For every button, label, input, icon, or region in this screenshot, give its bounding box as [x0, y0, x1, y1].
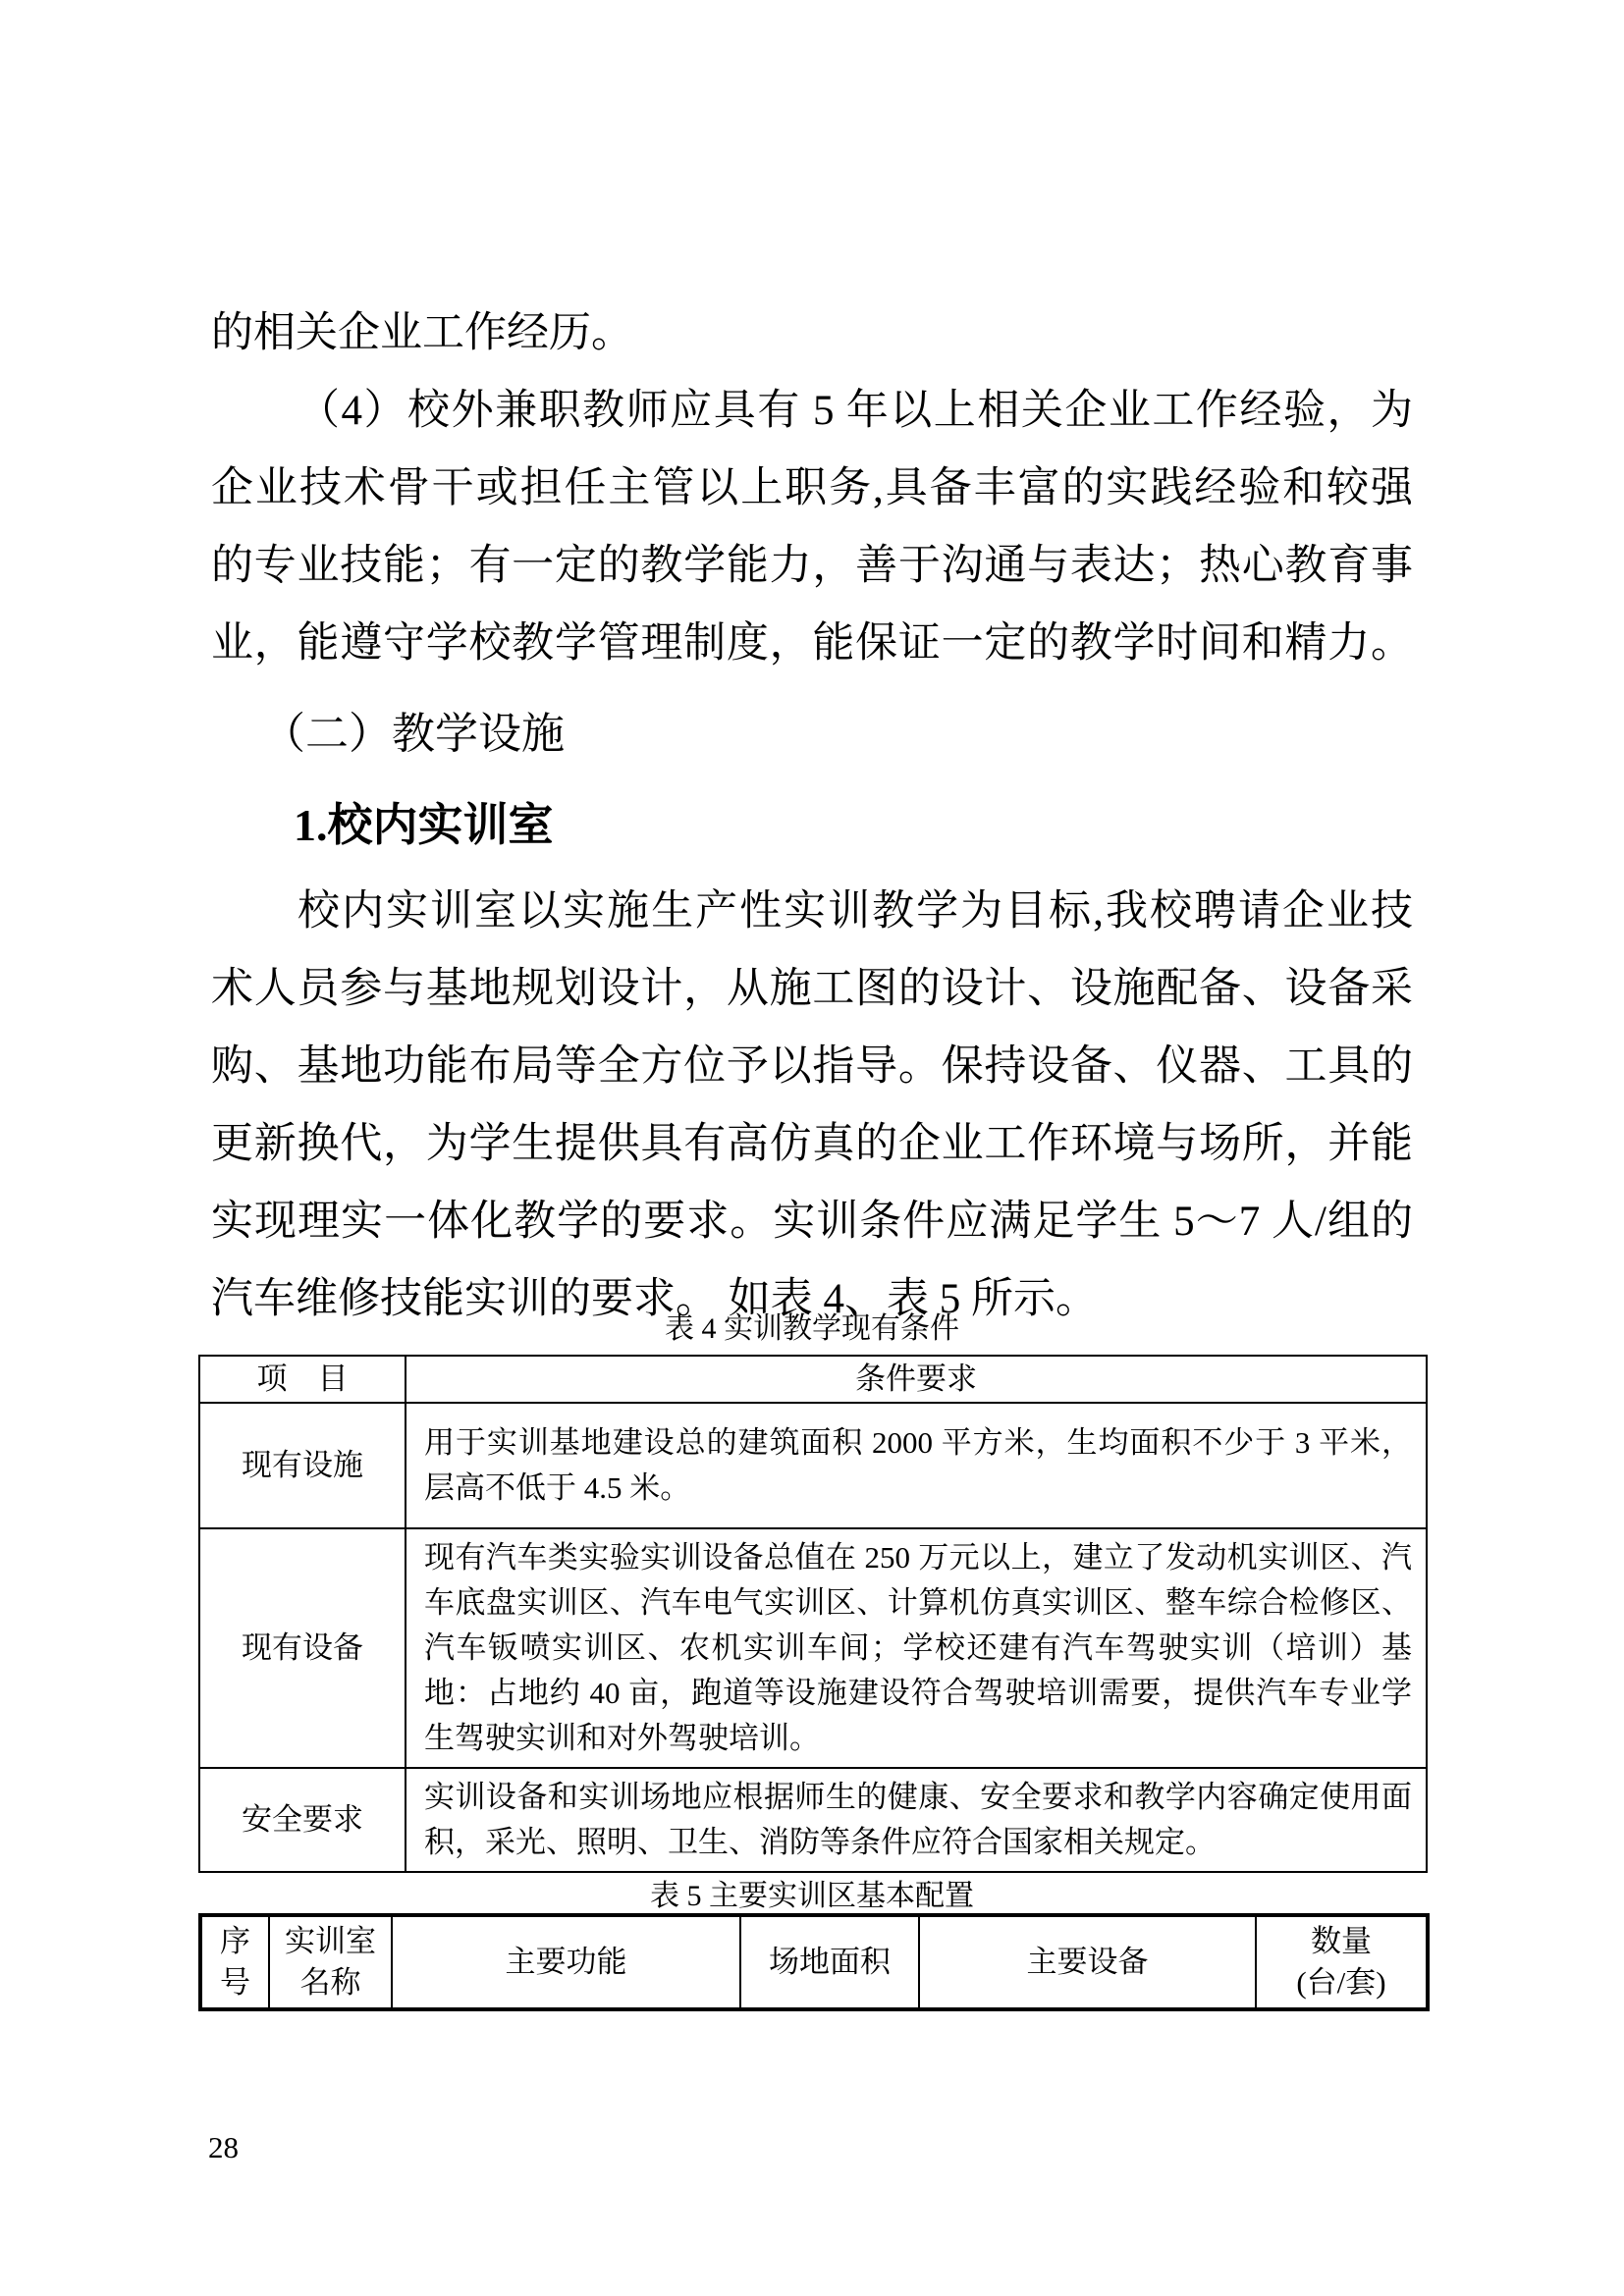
table4-header-requirement: 条件要求: [406, 1356, 1427, 1403]
page-number: 28: [208, 2126, 239, 2169]
table4-row-label: 现有设备: [199, 1528, 406, 1768]
text-line: 术人员参与基地规划设计，从施工图的设计、设施配备、设备采: [211, 950, 1413, 1028]
table4-header-item: 项 目: [199, 1356, 406, 1403]
section-heading-teaching-facilities: （二）教学设施: [211, 695, 1413, 773]
text-line: 购、基地功能布局等全方位予以指导。保持设备、仪器、工具的: [211, 1028, 1413, 1105]
table4-row-content: 用于实训基地建设总的建筑面积 2000 平方米，生均面积不少于 3 平米，层高不…: [406, 1403, 1427, 1528]
text-line: （4）校外兼职教师应具有 5 年以上相关企业工作经验，为: [211, 372, 1413, 450]
table-row: 现有设施 用于实训基地建设总的建筑面积 2000 平方米，生均面积不少于 3 平…: [199, 1403, 1427, 1528]
header-line: (台/套): [1257, 1962, 1426, 2003]
header-line: 主要设备: [920, 1942, 1255, 1983]
table5-header-index: 序 号: [200, 1915, 269, 2009]
table5-header-site-area: 场地面积: [740, 1915, 919, 2009]
text-line: 的相关企业工作经历。: [211, 294, 1413, 372]
header-line: 名称: [270, 1962, 391, 2003]
paragraph-training-room-description: 校内实训室以实施生产性实训教学为目标,我校聘请企业技 术人员参与基地规划设计，从…: [211, 873, 1413, 1338]
table4-row-label: 安全要求: [199, 1768, 406, 1872]
table-row: 安全要求 实训设备和实训场地应根据师生的健康、安全要求和教学内容确定使用面积，采…: [199, 1768, 1427, 1872]
text-line: 业，能遵守学校教学管理制度，能保证一定的教学时间和精力。: [211, 605, 1413, 682]
paragraph-continuation: 的相关企业工作经历。: [211, 294, 1413, 372]
paragraph-external-teachers: （4）校外兼职教师应具有 5 年以上相关企业工作经验，为 企业技术骨干或担任主管…: [211, 372, 1413, 682]
table5-header-room-name: 实训室 名称: [269, 1915, 392, 2009]
header-line: 场地面积: [741, 1942, 918, 1983]
header-line: 实训室: [270, 1921, 391, 1962]
table-row: 项 目 条件要求: [199, 1356, 1427, 1403]
header-line: 主要功能: [393, 1942, 739, 1983]
table-row: 序 号 实训室 名称 主要功能 场地面积 主要设备 数量 (台/套): [200, 1915, 1428, 2009]
table4-row-label: 现有设施: [199, 1403, 406, 1528]
table5-header-main-equipment: 主要设备: [919, 1915, 1256, 2009]
table-training-zones: 序 号 实训室 名称 主要功能 场地面积 主要设备 数量 (台/套): [198, 1913, 1430, 2011]
text-line: 的专业技能；有一定的教学能力，善于沟通与表达；热心教育事: [211, 527, 1413, 605]
table-row: 现有设备 现有汽车类实验实训设备总值在 250 万元以上，建立了发动机实训区、汽…: [199, 1528, 1427, 1768]
document-page: 的相关企业工作经历。 （4）校外兼职教师应具有 5 年以上相关企业工作经验，为 …: [0, 0, 1624, 2296]
header-line: 数量: [1257, 1921, 1426, 1962]
header-line: 号: [202, 1962, 268, 2003]
header-line: 序: [202, 1921, 268, 1962]
table-training-conditions: 项 目 条件要求 现有设施 用于实训基地建设总的建筑面积 2000 平方米，生均…: [198, 1355, 1428, 1873]
text-line: 校内实训室以实施生产性实训教学为目标,我校聘请企业技: [211, 873, 1413, 950]
text-line: 更新换代，为学生提供具有高仿真的企业工作环境与场所，并能: [211, 1105, 1413, 1183]
table5-header-main-function: 主要功能: [392, 1915, 740, 2009]
table5-caption: 表 5 主要实训区基本配置: [0, 1875, 1624, 1918]
table4-row-content: 实训设备和实训场地应根据师生的健康、安全要求和教学内容确定使用面积，采光、照明、…: [406, 1768, 1427, 1872]
subsection-heading-campus-training-rooms: 1.校内实训室: [211, 786, 1413, 864]
table4-caption: 表 4 实训教学现有条件: [0, 1308, 1624, 1351]
text-line: 企业技术骨干或担任主管以上职务,具备丰富的实践经验和较强: [211, 450, 1413, 527]
table4-row-content: 现有汽车类实验实训设备总值在 250 万元以上，建立了发动机实训区、汽车底盘实训…: [406, 1528, 1427, 1768]
text-line: 实现理实一体化教学的要求。实训条件应满足学生 5～7 人/组的: [211, 1183, 1413, 1260]
table5-header-quantity: 数量 (台/套): [1256, 1915, 1428, 2009]
